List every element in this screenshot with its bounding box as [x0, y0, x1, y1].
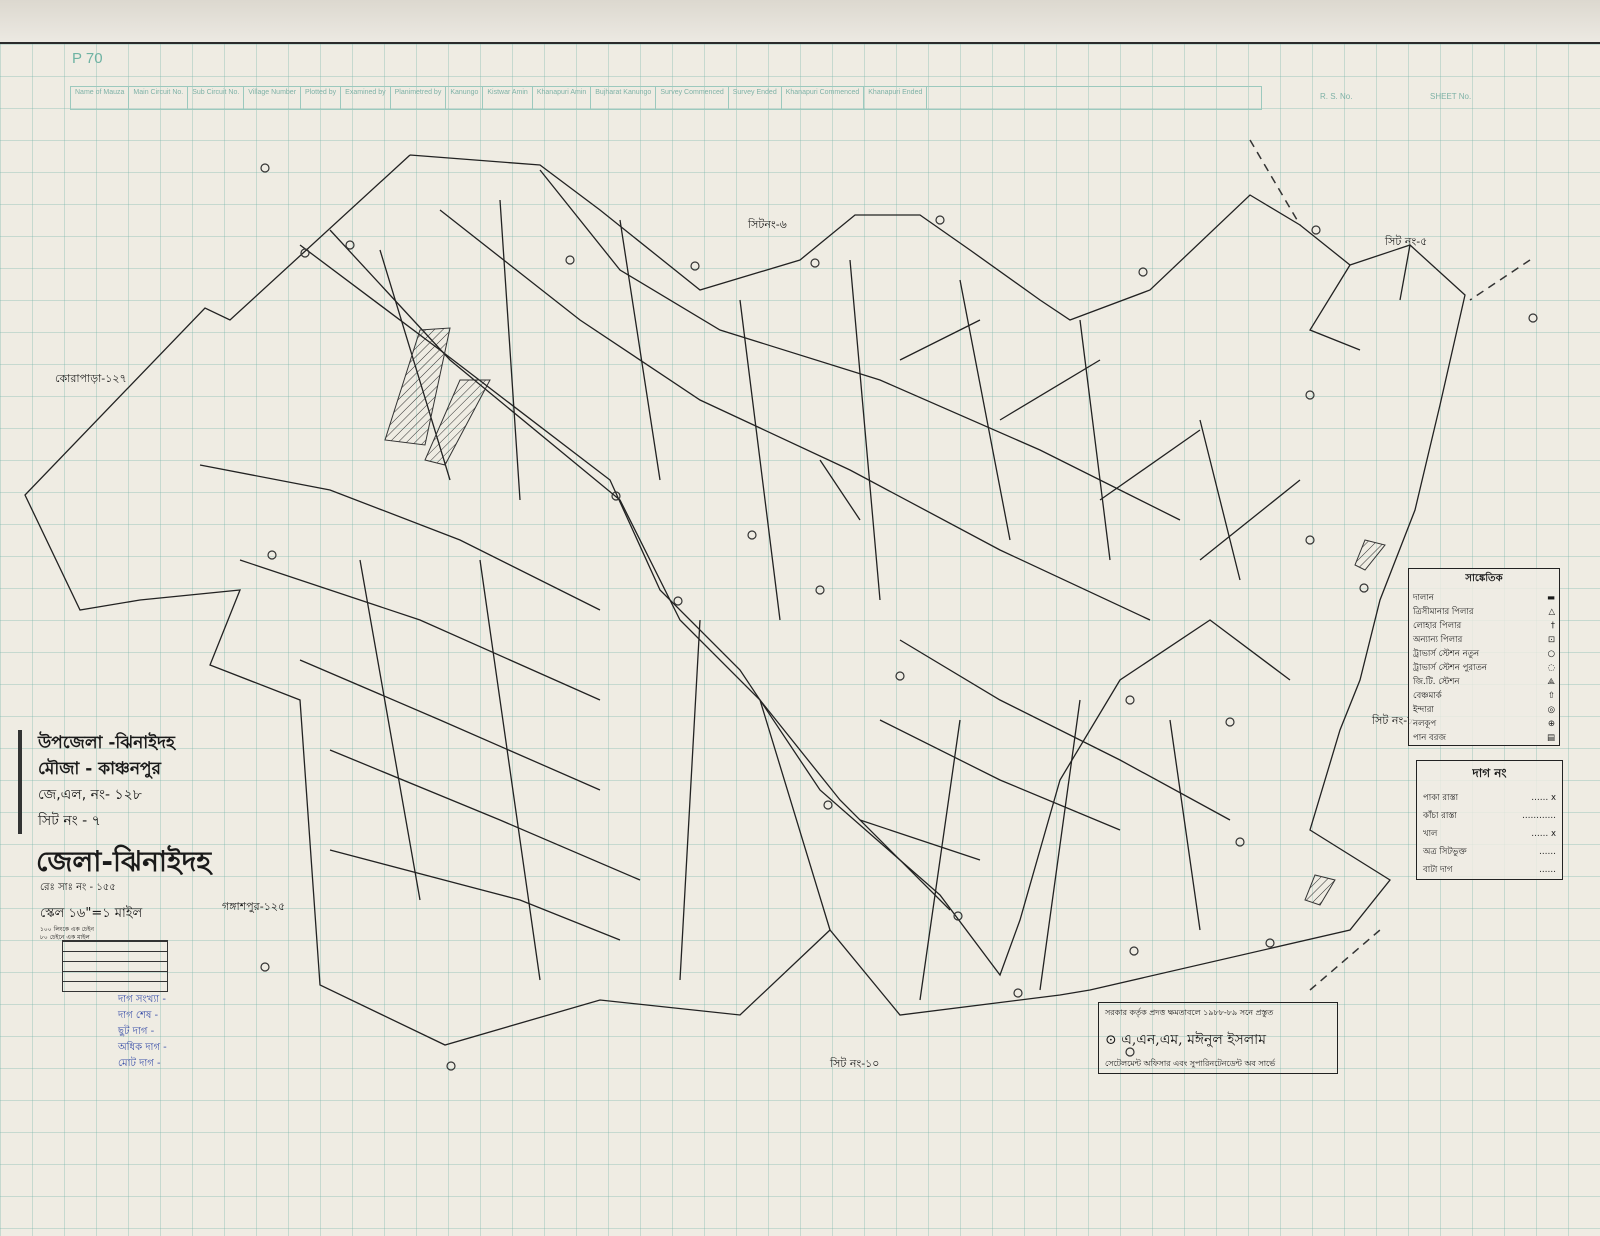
tubewell-icon: ⊕ [1548, 718, 1555, 730]
legend-item: ইন্দারা◎ [1409, 703, 1559, 717]
cert-line-1: সরকার কর্তৃক প্রদত্ত ক্ষমতাবলে ১৯৮৮-৮৯ স… [1105, 1007, 1331, 1020]
well-icon: ◎ [1548, 704, 1555, 716]
building-icon: ▬ [1547, 592, 1555, 604]
circle-icon: ○ [1548, 648, 1555, 660]
note-line: ছুট দাগ - [118, 1024, 167, 1040]
mouza-label: মৌজা - কাঞ্চনপুর [38, 756, 175, 782]
broken-circle-icon: ◌ [1548, 662, 1555, 674]
dag-item: খাল…… x [1417, 825, 1562, 843]
betel-garden-icon: ▤ [1547, 732, 1555, 744]
x-icon: …… x [1531, 827, 1556, 841]
legend-item: নলকূপ⊕ [1409, 717, 1559, 731]
legend-item: জি.টি. স্টেশন⟁ [1409, 675, 1559, 689]
legend-item: ত্রিসীমানার পিলার△ [1409, 605, 1559, 619]
note-line: মোট দাগ - [118, 1056, 167, 1072]
dag-item: বাটা দাগ…… [1417, 861, 1562, 879]
dag-item: অত্র সিটভুক্ত…… [1417, 843, 1562, 861]
sheet-no-label: সিট নং - ৭ [38, 808, 175, 834]
diagonal-scale [62, 940, 168, 992]
x-icon: …… x [1531, 791, 1556, 805]
legend-item: দালান▬ [1409, 591, 1559, 605]
upazila-label: উপজেলা -ঝিনাইদহ [38, 730, 175, 756]
legend-item: বেঞ্চমার্ক⇧ [1409, 689, 1559, 703]
certification-box: সরকার কর্তৃক প্রদত্ত ক্ষমতাবলে ১৯৮৮-৮৯ স… [1098, 1002, 1338, 1074]
adjacent-sheet-north: সিটনং-৬ [748, 216, 787, 235]
dotted-icon: ………… [1522, 809, 1556, 823]
dag-item: পাকা রাস্তা…… x [1417, 789, 1562, 807]
legend-item: অন্যান্য পিলার⊡ [1409, 633, 1559, 647]
note-line: দাগ সংখ্যা - [118, 992, 167, 1008]
legend-item: লোহার পিলার† [1409, 619, 1559, 633]
jl-no-label: জে,এল, নং- ১২৮ [38, 782, 175, 808]
note-line: দাগ শেষ - [118, 1008, 167, 1024]
triangle-icon: △ [1548, 606, 1555, 618]
info-block: উপজেলা -ঝিনাইদহ মৌজা - কাঞ্চনপুর জে,এল, … [18, 730, 175, 834]
legend-item: পান বরজ▤ [1409, 731, 1559, 745]
triangle-circle-icon: ⟁ [1547, 676, 1555, 688]
scale-label: স্কেল ১৬"=১ মাইল [40, 904, 142, 925]
dag-item: কাঁচা রাস্তা………… [1417, 807, 1562, 825]
adjacent-mouza-west: কোরাপাড়া-১২৭ [55, 370, 127, 389]
square-dot-icon: ⊡ [1548, 634, 1555, 646]
adjacent-sheet-south: সিট নং-১০ [830, 1055, 879, 1074]
rev-no: রেঃ সাঃ নং - ১৫৫ [40, 880, 116, 897]
benchmark-icon: ⇧ [1548, 690, 1555, 702]
legend-item: ট্রাভার্স স্টেশন নতুন○ [1409, 647, 1559, 661]
symbol-legend: সাঙ্কেতিক দালান▬ ত্রিসীমানার পিলার△ লোহা… [1408, 568, 1560, 746]
officer-signature: ⊙ এ,এন,এম, মঈনুল ইসলাম [1105, 1028, 1331, 1052]
iron-pillar-icon: † [1551, 620, 1555, 632]
handwritten-notes: দাগ সংখ্যা - দাগ শেষ - ছুট দাগ - অধিক দা… [118, 992, 167, 1072]
adjacent-mouza-southwest: গঙ্গাশপুর-১২৫ [222, 898, 285, 917]
adjacent-sheet-northeast: সিট নং-৫ [1385, 233, 1427, 252]
note-line: অধিক দাগ - [118, 1040, 167, 1056]
circle-icon: ⊙ [1105, 1032, 1121, 1048]
legend-title: সাঙ্কেতিক [1409, 571, 1559, 588]
dag-legend-title: দাগ নং [1417, 765, 1562, 785]
parcel-boundaries [0, 0, 1600, 1236]
cert-line-3: সেটেলমেন্ট অফিসার এবং সুপারিনটেনডেন্ট অব… [1105, 1058, 1331, 1071]
split-icon: …… [1539, 863, 1556, 877]
dag-legend: দাগ নং পাকা রাস্তা…… x কাঁচা রাস্তা………… … [1416, 760, 1563, 880]
numbers-icon: …… [1539, 845, 1556, 859]
legend-item: ট্রাভার্স স্টেশন পুরাতন◌ [1409, 661, 1559, 675]
